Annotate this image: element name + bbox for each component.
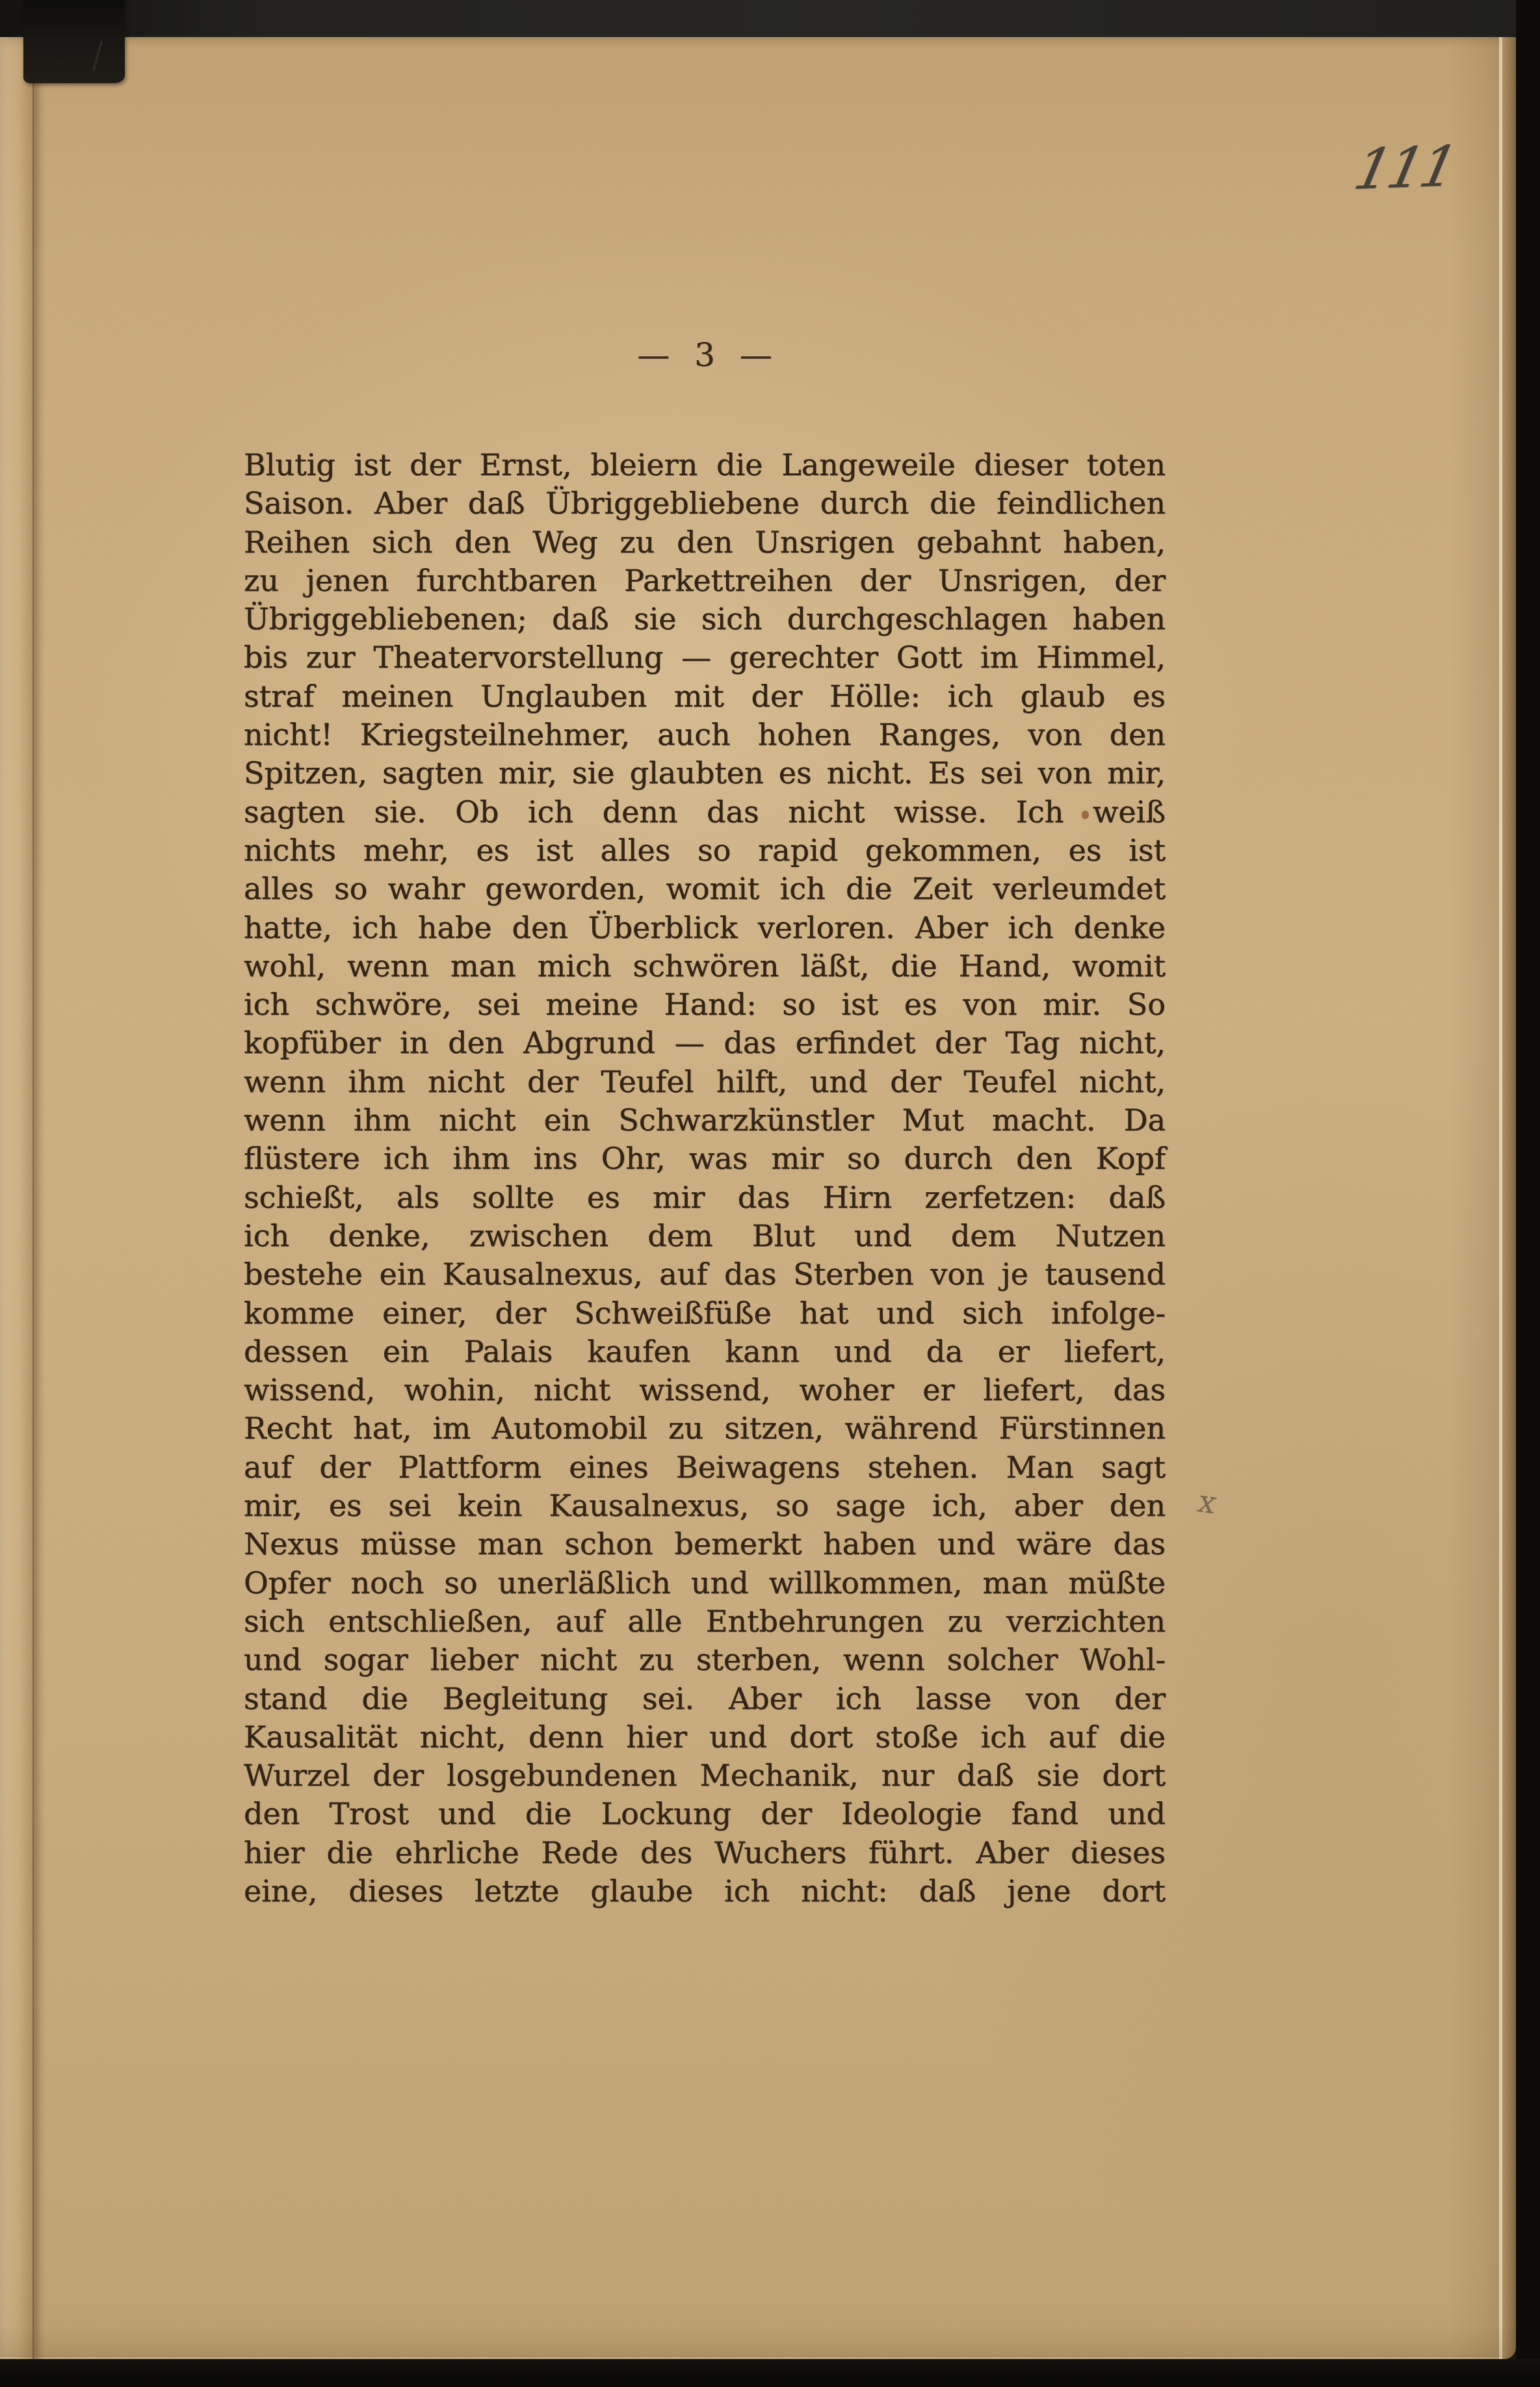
paper-stain-speck [1082,811,1089,819]
text-line: Saison. Aber daß Übriggebliebene durch d… [244,484,1166,523]
text-line: nichts mehr, es ist alles so rapid gekom… [244,831,1166,870]
text-line: alles so wahr geworden, womit ich die Ze… [244,870,1166,908]
text-line: Reihen sich den Weg zu den Unsrigen geba… [244,523,1166,562]
text-line: Opfer noch so unerläßlich und willkommen… [244,1564,1166,1602]
pencil-margin-mark: x [1194,1486,1220,1519]
text-line: wissend, wohin, nicht wissend, woher er … [244,1371,1166,1409]
scanned-book-photo: 111 — 3 — Blutig ist der Ernst, bleiern … [0,0,1540,2387]
text-line: Kausalität nicht, denn hier und dort sto… [244,1718,1166,1756]
text-line: Übriggebliebenen; daß sie sich durchgesc… [244,600,1166,638]
text-line: ich schwöre, sei meine Hand: so ist es v… [244,985,1166,1024]
text-line: straf meinen Unglauben mit der Hölle: ic… [244,677,1166,716]
body-text-block: Blutig ist der Ernst, bleiern die Langew… [244,446,1166,1911]
tape-thread [92,40,103,71]
text-line: Spitzen, sagten mir, sie glaubten es nic… [244,754,1166,792]
page-number-heading: — 3 — [244,337,1166,373]
text-line: sagten sie. Ob ich denn das nicht wisse.… [244,793,1166,831]
text-line: bis zur Theatervorstellung — gerechter G… [244,638,1166,677]
text-line: Recht hat, im Automobil zu sitzen, währe… [244,1409,1166,1448]
page-block-edge [1502,37,1516,2359]
page-right-shading [1450,37,1499,2359]
text-line: bestehe ein Kausalnexus, auf das Sterben… [244,1255,1166,1294]
text-line: zu jenen furchtbaren Parkettreihen der U… [244,562,1166,600]
text-line: wohl, wenn man mich schwören läßt, die H… [244,947,1166,985]
text-line: sich entschließen, auf alle Entbehrungen… [244,1602,1166,1641]
text-line: ich denke, zwischen dem Blut und dem Nut… [244,1217,1166,1255]
handwritten-folio-number: 111 [1350,138,1493,198]
text-line: den Trost und die Lockung der Ideologie … [244,1795,1166,1833]
text-line: eine, dieses letzte glaube ich nicht: da… [244,1872,1166,1911]
backdrop-top-strip [0,0,1540,37]
text-line: hatte, ich habe den Überblick verloren. … [244,909,1166,947]
backdrop-right-strip [1516,0,1540,2387]
text-line: schießt, als sollte es mir das Hirn zerf… [244,1179,1166,1217]
text-line: Blutig ist der Ernst, bleiern die Langew… [244,446,1166,484]
backdrop-bottom-strip [0,2359,1540,2387]
text-line: Wurzel der losgebundenen Mechanik, nur d… [244,1756,1166,1795]
text-line: flüstere ich ihm ins Ohr, was mir so dur… [244,1140,1166,1178]
text-line: und sogar lieber nicht zu sterben, wenn … [244,1641,1166,1679]
text-line: komme einer, der Schweißfüße hat und sic… [244,1294,1166,1333]
binding-crease [33,37,46,2359]
text-line: kopfüber in den Abgrund — das erfindet d… [244,1024,1166,1062]
page-bottom-shading [0,2325,1516,2359]
text-line: Nexus müsse man schon bemerkt haben und … [244,1525,1166,1563]
text-line: wenn ihm nicht ein Schwarzkünstler Mut m… [244,1101,1166,1140]
tape-fragment [23,0,125,83]
text-line: nicht! Kriegsteilnehmer, auch hohen Rang… [244,716,1166,754]
text-line: auf der Plattform eines Beiwagens stehen… [244,1448,1166,1487]
text-line: hier die ehrliche Rede des Wuchers führt… [244,1834,1166,1872]
page-left-curved-edge [0,37,34,2359]
text-line: wenn ihm nicht der Teufel hilft, und der… [244,1063,1166,1101]
book-page: 111 — 3 — Blutig ist der Ernst, bleiern … [0,37,1516,2359]
text-line: dessen ein Palais kaufen kann und da er … [244,1333,1166,1371]
text-line: stand die Begleitung sei. Aber ich lasse… [244,1680,1166,1718]
text-line: mir, es sei kein Kausalnexus, so sage ic… [244,1487,1166,1525]
